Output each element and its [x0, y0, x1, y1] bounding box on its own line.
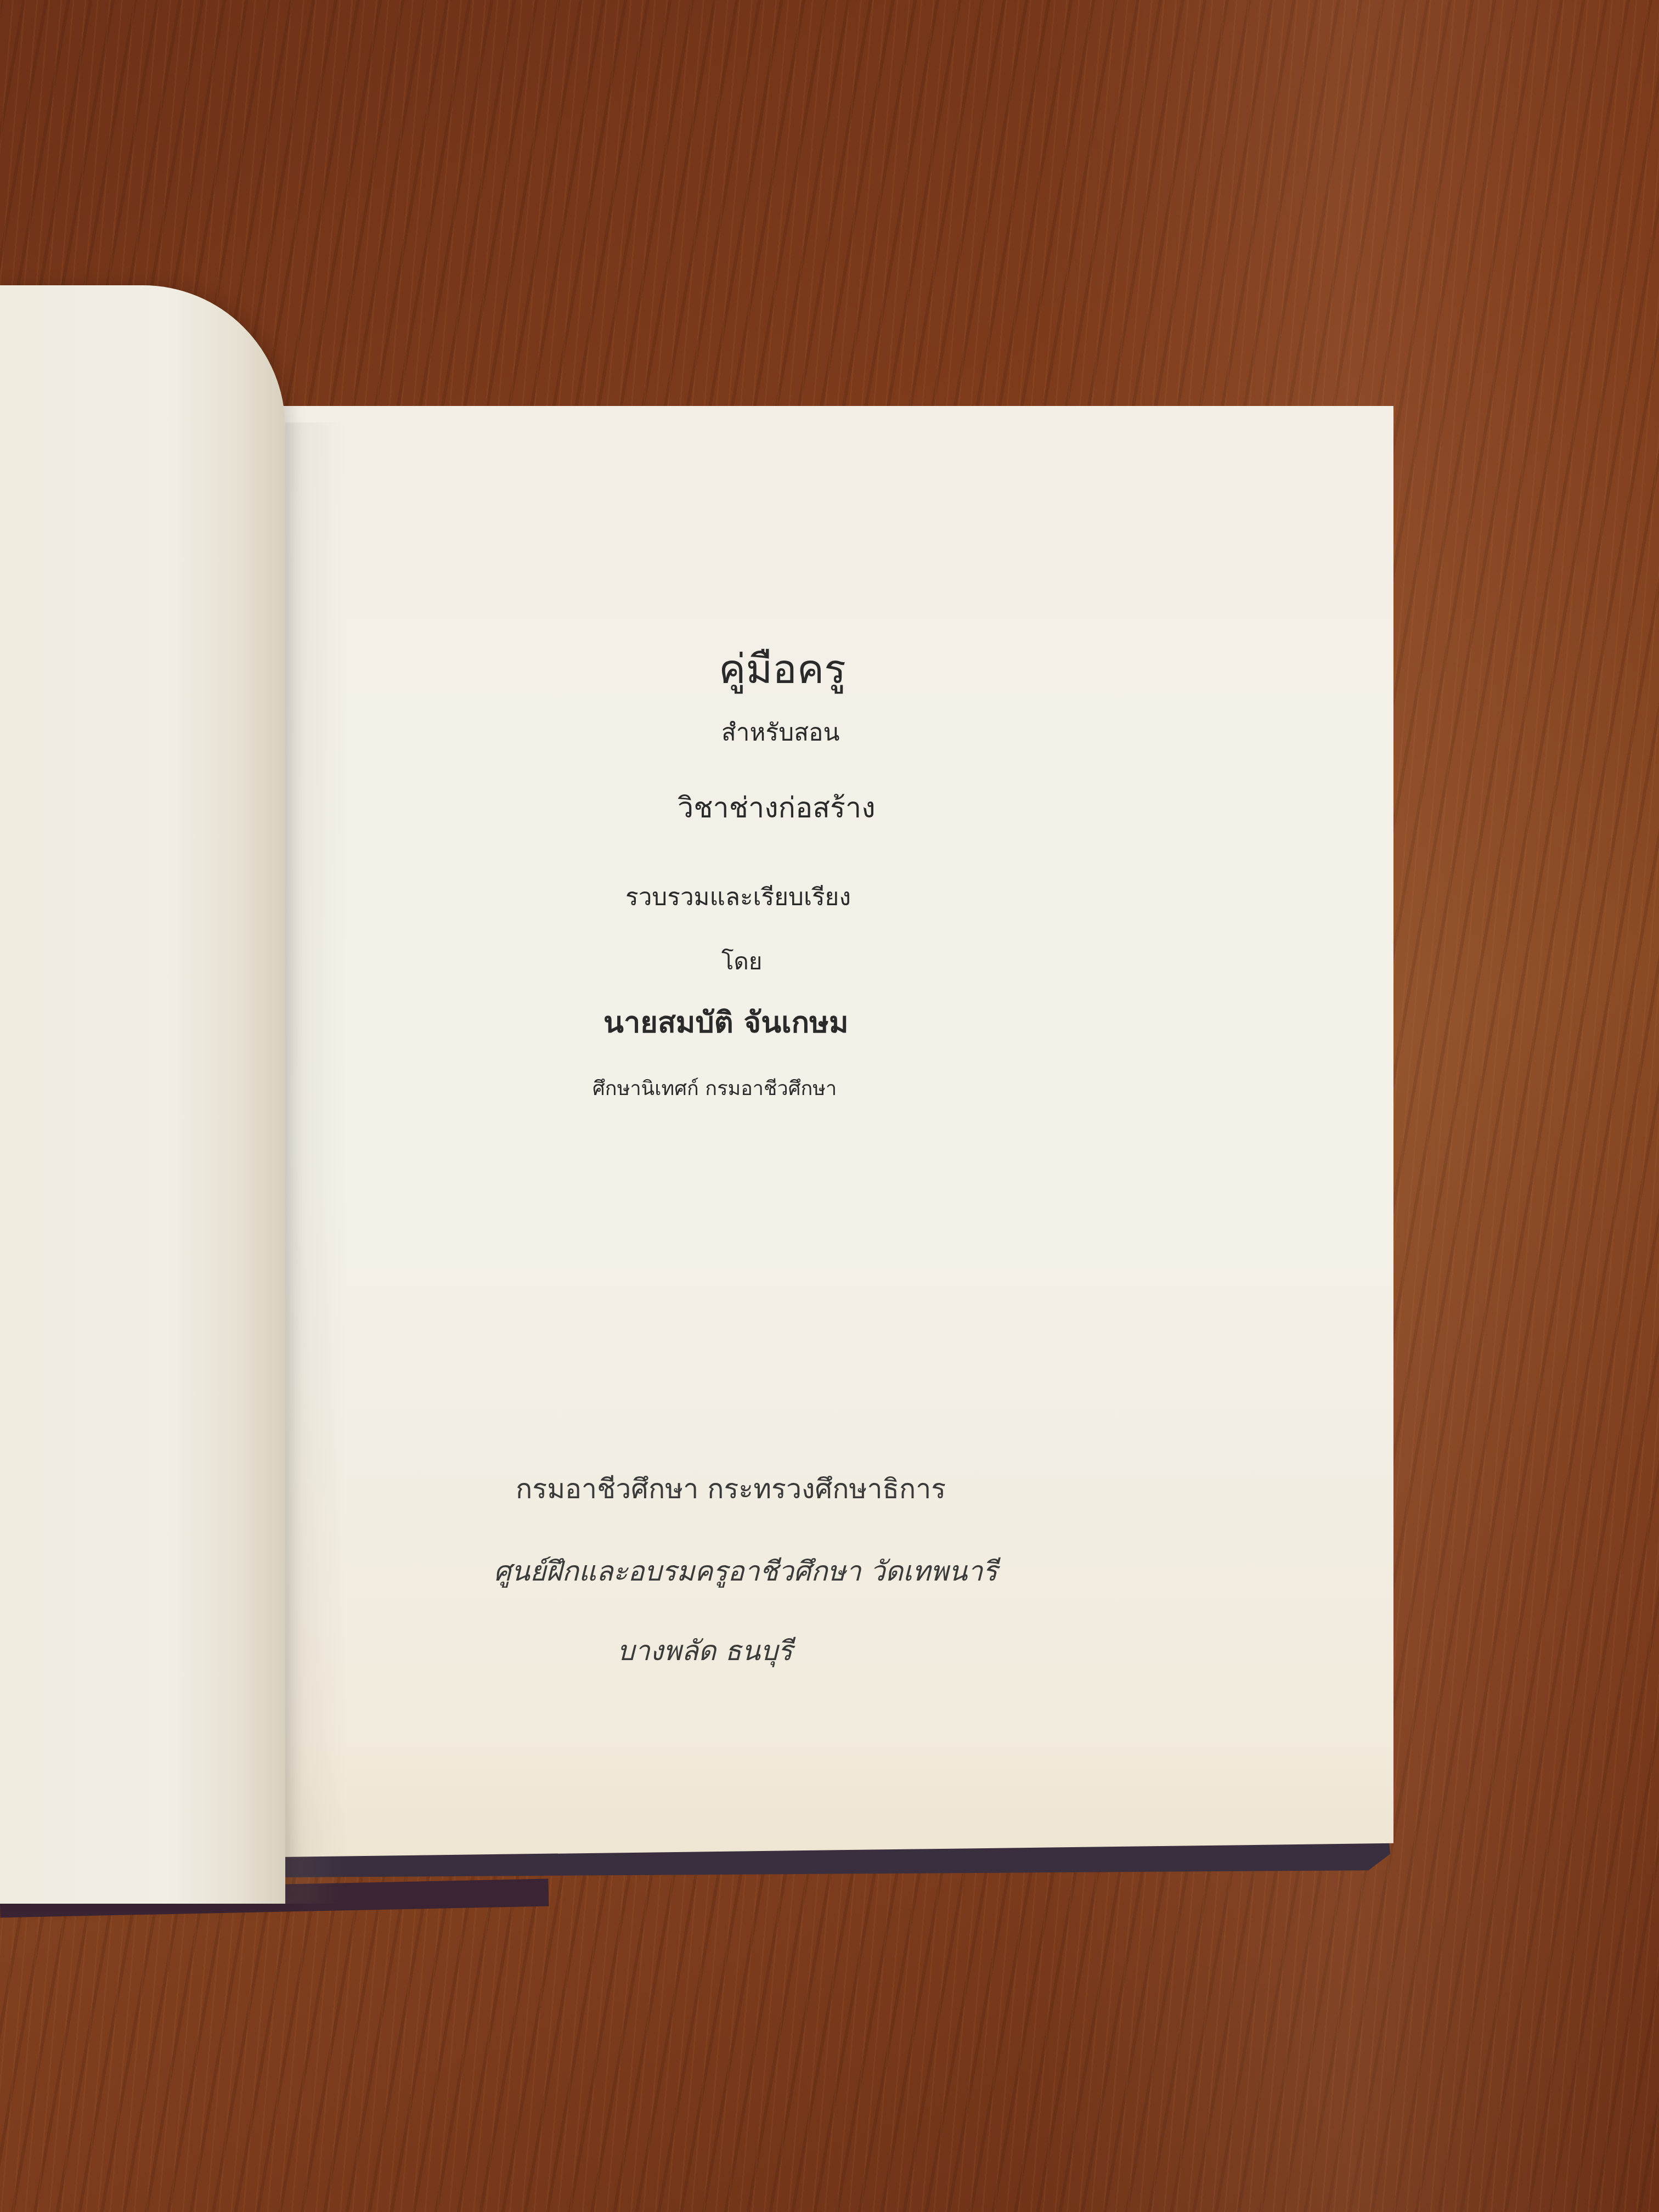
author-position: ศึกษานิเทศก์ กรมอาชีวศึกษา: [592, 1073, 837, 1104]
publisher-line-2: ศูนย์ฝึกและอบรมครูอาชีวศึกษา วัดเทพนารี: [494, 1550, 997, 1593]
for-teaching-label: สำหรับสอน: [721, 713, 840, 752]
subject-title: วิชาช่างก่อสร้าง: [678, 785, 876, 830]
by-label: โดย: [721, 944, 762, 980]
book-title: คู่มือครู: [719, 636, 846, 701]
publisher-line-3: บางพลัด ธนบุรี: [617, 1629, 792, 1673]
left-page-curled: [0, 285, 285, 1904]
author-name: นายสมบัติ จันเกษม: [603, 998, 848, 1046]
compiled-label: รวบรวมและเรียบเรียง: [625, 878, 851, 916]
right-page: [230, 406, 1393, 1887]
publisher-line-1: กรมอาชีวศึกษา กระทรวงศึกษาธิการ: [516, 1468, 946, 1511]
